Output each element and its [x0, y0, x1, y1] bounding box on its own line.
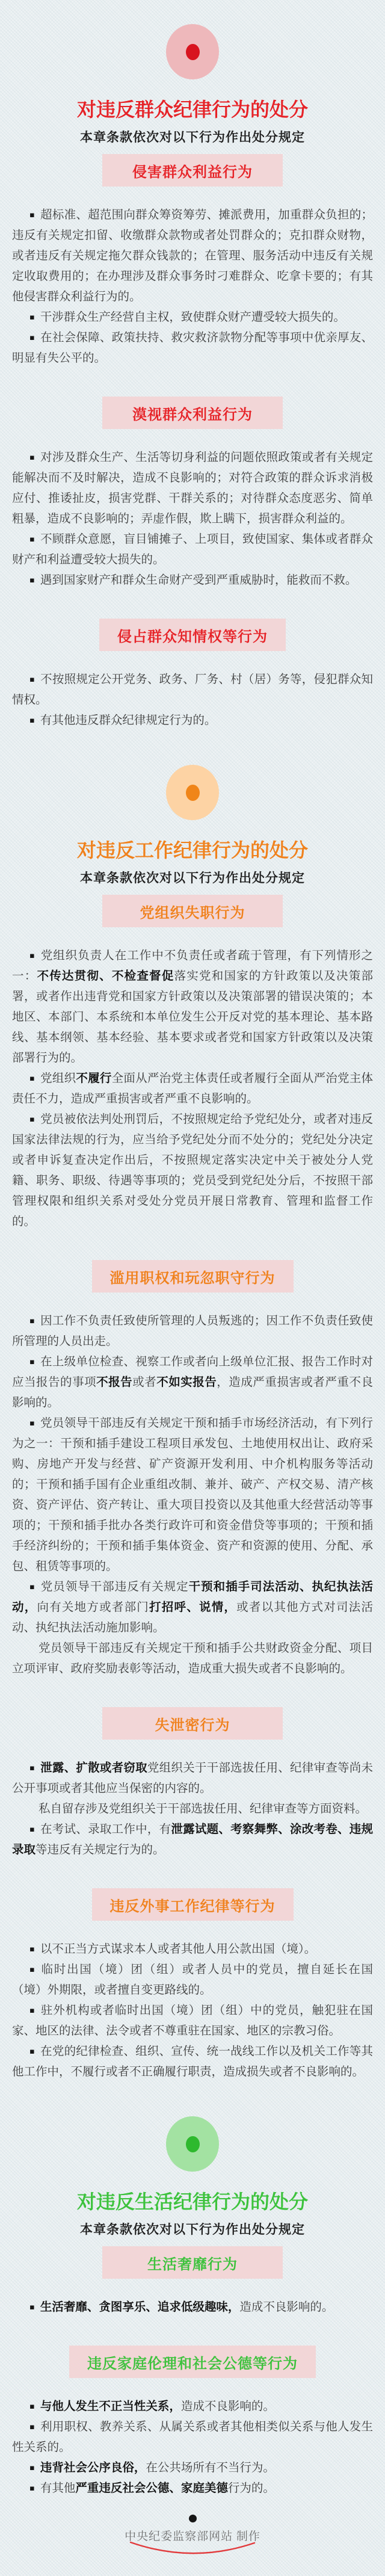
chapter-subtitle: 本章条款依次对以下行为作出处分规定 [6, 129, 379, 145]
body-text: 私自留存涉及党组织关于干部选拔任用、纪律审查等方面资料。 [38, 1803, 367, 1815]
bullet-icon: ▪ [29, 1965, 36, 1974]
list-item: ▪在考试、录取工作中，有泄露试题、考察舞弊、涂改考卷、违规录取等违反有关规定行为… [12, 1820, 373, 1861]
emphasis-text: 打招呼、说情， [149, 1601, 236, 1614]
bullet-icon: ▪ [29, 313, 35, 322]
chapter-subtitle: 本章条款依次对以下行为作出处分规定 [6, 870, 379, 886]
section-body: ▪泄露、扩散或者窃取党组织关于干部选拔任用、纪律审查等尚未公开事项或者其他应当保… [12, 1758, 373, 1861]
bullet-icon: ▪ [29, 1945, 35, 1954]
chapter: 对违反生活纪律行为的处分本章条款依次对以下行为作出处分规定生活奢靡行为▪生活奢靡… [0, 2116, 385, 2499]
infographic-page: 对违反群众纪律行为的处分本章条款依次对以下行为作出处分规定侵害群众利益行为▪超标… [0, 0, 385, 2576]
body-text: 对涉及群众生产、生活等切身利益的问题依照政策或者有关规定能解决而不及时解决，造成… [12, 451, 373, 525]
body-text: 在党的纪律检查、组织、宣传、统一战线工作以及机关工作等其他工作中，不履行或者不正… [12, 2045, 373, 2078]
section-heading: 党组织失职行为 [0, 895, 385, 927]
body-text: 超标准、超范围向群众筹资筹劳、摊派费用，加重群众负担的；违反有关规定扣留、收缴群… [12, 209, 373, 303]
body-text: 以不正当方式谋求本人或者其他人用公款出国（境）。 [40, 1943, 316, 1956]
emphasis-text: 不如实报告 [156, 1376, 217, 1389]
emphasis-text: 泄露、扩散或者窃取 [40, 1762, 147, 1774]
list-item: ▪不按照规定公开党务、政务、厂务、村（居）务等，侵犯群众知情权。 [12, 670, 373, 711]
footer-credit: 中央纪委监察部网站 制作 [0, 2530, 385, 2544]
footer-dot-icon [189, 2515, 197, 2522]
body-text: 在考试、录取工作中，有 [40, 1823, 171, 1836]
body-text: 党员被依法判处刑罚后，不按照规定给予党纪处分，或者对违反国家法律法规的行为，应当… [12, 1113, 373, 1228]
bullet-icon: ▪ [29, 2303, 35, 2312]
section-body: ▪生活奢靡、贪图享乐、追求低级趣味，造成不良影响的。 [12, 2297, 373, 2318]
list-item: ▪党组织负责人在工作中不负责任或者疏于管理，有下列情形之一：不传达贯彻、不检查督… [12, 946, 373, 1069]
emphasis-text: 不报告 [96, 1376, 132, 1389]
chapter: 对违反群众纪律行为的处分本章条款依次对以下行为作出处分规定侵害群众利益行为▪超标… [0, 24, 385, 731]
bullet-icon: ▪ [29, 211, 35, 220]
list-item: ▪在社会保障、政策扶持、救灾救济款物分配等事项中优亲厚友、明显有失公平的。 [12, 328, 373, 369]
list-item: ▪泄露、扩散或者窃取党组织关于干部选拔任用、纪律审查等尚未公开事项或者其他应当保… [12, 1758, 373, 1799]
list-item: ▪党组织不履行全面从严治党主体责任或者履行全面从严治党主体责任不力，造成严重损害… [12, 1069, 373, 1110]
body-text: 党员领导干部违反有关规定干预和插手市场经济活动，有下列行为之一：干预和插手建设工… [12, 1417, 373, 1573]
bullet-icon: ▪ [29, 2006, 35, 2015]
list-item: ▪利用职权、教养关系、从属关系或者其他相类似关系与他人发生性关系的。 [12, 2417, 373, 2458]
bullet-icon: ▪ [29, 1419, 35, 1428]
body-text: 有其他违反群众纪律规定行为的。 [40, 714, 217, 727]
chapter-title: 对违反工作纪律行为的处分 [6, 838, 379, 862]
list-item: ▪党员领导干部违反有关规定干预和插手司法活动、执纪执法活动，向有关地方或者部门打… [12, 1577, 373, 1639]
body-text: 党组织 [40, 1072, 76, 1085]
bullet-icon: ▪ [29, 1074, 35, 1083]
section-heading-label: 违反外事工作纪律等行为 [92, 1888, 294, 1921]
chapter-dot-icon [166, 24, 219, 79]
list-item: ▪临时出国（境）团（组）或者人员中的党员，擅自延长在国（境）外期限，或者擅自变更… [12, 1960, 373, 2001]
list-item: ▪不顾群众意愿，盲目铺摊子、上项目，致使国家、集体或者群众财产和利益遭受较大损失… [12, 530, 373, 570]
body-text: 驻外机构或者临时出国（境）团（组）中的党员，触犯驻在国家、地区的法律、法令或者不… [12, 2004, 373, 2037]
body-text: 遇到国家财产和群众生命财产受到严重威胁时，能救而不救。 [40, 574, 357, 587]
section-heading-label: 党组织失职行为 [102, 895, 283, 927]
section-heading: 违反外事工作纪律等行为 [0, 1888, 385, 1921]
bullet-icon: ▪ [29, 2423, 35, 2432]
chapter-dot-core-icon [186, 785, 200, 801]
section-heading-label: 漠视群众利益行为 [102, 397, 283, 429]
chapter-dot-core-icon [186, 2136, 200, 2152]
section-heading: 侵害群众利益行为 [0, 154, 385, 187]
bullet-icon: ▪ [29, 333, 35, 342]
body-text: 行为的。 [228, 2482, 275, 2495]
list-item: ▪生活奢靡、贪图享乐、追求低级趣味，造成不良影响的。 [12, 2297, 373, 2318]
section-body: ▪党组织负责人在工作中不负责任或者疏于管理，有下列情形之一：不传达贯彻、不检查督… [12, 946, 373, 1232]
list-item: ▪违背社会公序良俗，在公共场所有不当行为。 [12, 2458, 373, 2479]
body-text: 党员领导干部违反有关规定 [41, 1581, 189, 1593]
body-text: 落实党和国家的方针政策以及决策部署，或者作出违背党和国家方针政策以及决策部署的错… [12, 970, 373, 1064]
bullet-icon: ▪ [29, 1115, 35, 1124]
chapter-dot-icon [166, 2116, 219, 2172]
list-item: ▪与他人发生不正当性关系，造成不良影响的。 [12, 2397, 373, 2417]
bullet-icon: ▪ [29, 453, 35, 462]
section-body: ▪不按照规定公开党务、政务、厂务、村（居）务等，侵犯群众知情权。▪有其他违反群众… [12, 670, 373, 731]
list-item: ▪有其他违反群众纪律规定行为的。 [12, 711, 373, 731]
body-text: 有其他 [40, 2482, 76, 2495]
body-text: 利用职权、教养关系、从属关系或者其他相类似关系与他人发生性关系的。 [12, 2421, 373, 2454]
list-item: ▪因工作不负责任致使所管理的人员叛逃的；因工作不负责任致使所管理的人员出走。 [12, 1311, 373, 1352]
section-heading: 违反家庭伦理和社会公德等行为 [0, 2346, 385, 2378]
chapter-subtitle: 本章条款依次对以下行为作出处分规定 [6, 2222, 379, 2237]
list-item: ▪遇到国家财产和群众生命财产受到严重威胁时，能救而不救。 [12, 570, 373, 591]
body-text: 不顾群众意愿，盲目铺摊子、上项目，致使国家、集体或者群众财产和利益遭受较大损失的… [12, 533, 373, 566]
bullet-icon: ▪ [29, 1764, 35, 1773]
section-body: ▪超标准、超范围向群众筹资筹劳、摊派费用，加重群众负担的；违反有关规定扣留、收缴… [12, 205, 373, 369]
section-body: ▪与他人发生不正当性关系，造成不良影响的。▪利用职权、教养关系、从属关系或者其他… [12, 2397, 373, 2499]
section-heading: 漠视群众利益行为 [0, 397, 385, 429]
emphasis-text: 违背社会公序良俗， [40, 2462, 146, 2474]
bullet-icon: ▪ [29, 1825, 35, 1834]
section-body: ▪以不正当方式谋求本人或者其他人用公款出国（境）。▪临时出国（境）团（组）或者人… [12, 1939, 373, 2083]
body-text: 或者 [132, 1376, 156, 1389]
section-heading: 侵占群众知情权等行为 [0, 619, 385, 651]
bullet-icon: ▪ [29, 1357, 35, 1367]
body-text: 党员领导干部违反有关规定干预和插手公共财政资金分配、项目立项评审、政府奖励表彰等… [12, 1642, 373, 1675]
emphasis-text: 生活奢靡、贪图享乐、追求低级趣味， [40, 2301, 240, 2314]
section-body: ▪对涉及群众生产、生活等切身利益的问题依照政策或者有关规定能解决而不及时解决，造… [12, 448, 373, 591]
body-text: 造成不良影响的。 [239, 2301, 333, 2314]
section-heading-label: 违反家庭伦理和社会公德等行为 [69, 2346, 316, 2378]
section-heading: 失泄密行为 [0, 1707, 385, 1740]
chapter-title: 对违反群众纪律行为的处分 [6, 97, 379, 122]
bullet-icon: ▪ [29, 2402, 35, 2411]
body-text: 在社会保障、政策扶持、救灾救济款物分配等事项中优亲厚友、明显有失公平的。 [12, 332, 373, 365]
section-body: ▪因工作不负责任致使所管理的人员叛逃的；因工作不负责任致使所管理的人员出走。▪在… [12, 1311, 373, 1679]
section-heading-label: 失泄密行为 [102, 1707, 283, 1740]
list-item: ▪对涉及群众生产、生活等切身利益的问题依照政策或者有关规定能解决而不及时解决，造… [12, 448, 373, 530]
emphasis-text: 不传达贯彻、不检查督促 [37, 970, 174, 983]
bullet-icon: ▪ [29, 1583, 35, 1592]
section-heading-label: 侵害群众利益行为 [102, 154, 283, 187]
list-item: ▪驻外机构或者临时出国（境）团（组）中的党员，触犯驻在国家、地区的法律、法令或者… [12, 2001, 373, 2042]
body-text: 不按照规定公开党务、政务、厂务、村（居）务等，侵犯群众知情权。 [12, 673, 373, 706]
bullet-icon: ▪ [29, 2463, 35, 2473]
section-heading: 生活奢靡行为 [0, 2246, 385, 2279]
bullet-icon: ▪ [29, 576, 35, 585]
body-text: 等违反有关规定行为的。 [35, 1844, 165, 1856]
section-heading-label: 侵占群众知情权等行为 [99, 619, 286, 651]
section-heading: 滥用职权和玩忽职守行为 [0, 1260, 385, 1293]
section-heading-label: 生活奢靡行为 [102, 2246, 283, 2279]
list-item: ▪党员领导干部违反有关规定干预和插手市场经济活动，有下列行为之一：干预和插手建设… [12, 1413, 373, 1577]
chapter-dot-core-icon [186, 44, 200, 60]
bullet-icon: ▪ [29, 716, 35, 725]
body-text: 向有关地方或者部门 [37, 1601, 149, 1614]
bullet-icon: ▪ [29, 675, 35, 684]
body-text: 因工作不负责任致使所管理的人员叛逃的；因工作不负责任致使所管理的人员出走。 [12, 1315, 373, 1348]
chapters-container: 对违反群众纪律行为的处分本章条款依次对以下行为作出处分规定侵害群众利益行为▪超标… [0, 24, 385, 2499]
bullet-icon: ▪ [29, 535, 35, 544]
chapter-dot-icon [166, 765, 219, 820]
list-item: ▪以不正当方式谋求本人或者其他人用公款出国（境）。 [12, 1939, 373, 1960]
chapter-title: 对违反生活纪律行为的处分 [6, 2190, 379, 2214]
emphasis-text: 与他人发生不正当性关系， [40, 2400, 181, 2413]
bullet-icon: ▪ [29, 2484, 35, 2493]
emphasis-text: 严重违反社会公德、家庭美德 [75, 2482, 228, 2495]
body-text: 临时出国（境）团（组）或者人员中的党员，擅自延长在国（境）外期限，或者擅自变更路… [12, 1963, 373, 1997]
emphasis-text: 不履行 [76, 1072, 111, 1085]
bullet-icon: ▪ [29, 951, 35, 960]
bullet-icon: ▪ [29, 2047, 35, 2056]
chapter: 对违反工作纪律行为的处分本章条款依次对以下行为作出处分规定党组织失职行为▪党组织… [0, 765, 385, 2083]
footer: 中央纪委监察部网站 制作 [0, 2515, 385, 2576]
body-text: 在公共场所有不当行为。 [146, 2462, 275, 2474]
list-item: 私自留存涉及党组织关于干部选拔任用、纪律审查等方面资料。 [12, 1799, 373, 1820]
list-item: ▪超标准、超范围向群众筹资筹劳、摊派费用，加重群众负担的；违反有关规定扣留、收缴… [12, 205, 373, 307]
list-item: ▪党员被依法判处刑罚后，不按照规定给予党纪处分，或者对违反国家法律法规的行为，应… [12, 1110, 373, 1232]
list-item: ▪在上级单位检查、视察工作或者向上级单位汇报、报告工作时对应当报告的事项不报告或… [12, 1352, 373, 1413]
body-text: 干涉群众生产经营自主权，致使群众财产遭受较大损失的。 [40, 311, 345, 324]
bullet-icon: ▪ [29, 1317, 35, 1326]
list-item: ▪有其他严重违反社会公德、家庭美德行为的。 [12, 2479, 373, 2499]
list-item: ▪在党的纪律检查、组织、宣传、统一战线工作以及机关工作等其他工作中，不履行或者不… [12, 2042, 373, 2083]
section-heading-label: 滥用职权和玩忽职守行为 [92, 1260, 294, 1293]
body-text: 造成不良影响的。 [181, 2400, 275, 2413]
list-item: 党员领导干部违反有关规定干预和插手公共财政资金分配、项目立项评审、政府奖励表彰等… [12, 1639, 373, 1679]
list-item: ▪干涉群众生产经营自主权，致使群众财产遭受较大损失的。 [12, 307, 373, 328]
